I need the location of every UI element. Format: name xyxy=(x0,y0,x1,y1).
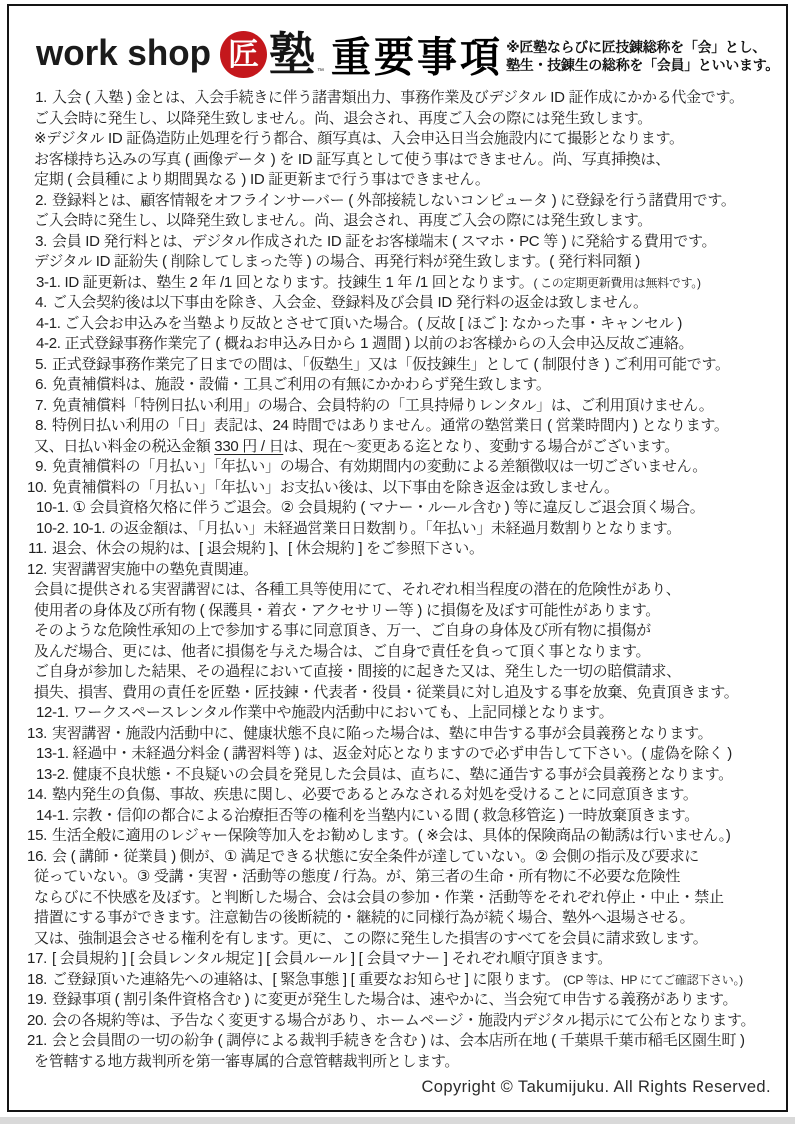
terms-text: 退会、休会の規約は、[ 退会規約 ]、[ 休会規約 ] をご参照下さい。 xyxy=(52,539,484,560)
terms-line: ご自身が参加した結果、その過程において直接・間接的に起きた又は、発生した一切の賠… xyxy=(22,662,787,683)
terms-text: 登録料とは、顧客情報をオフラインサーバー ( 外部接続しないコンピュータ ) に… xyxy=(52,191,736,212)
terms-line: 14.塾内発生の負傷、事故、疾患に関し、必要であるとみなされる対処を受けることに… xyxy=(22,785,787,806)
copyright-text: Copyright © Takumijuku. All Rights Reser… xyxy=(421,1078,771,1096)
terms-text: 又は、強制退会させる権利を有します。更に、この際に発生した損害のすべてを会員に請… xyxy=(34,930,708,947)
terms-line: 12.実習講習実施中の塾免責関連。 xyxy=(22,560,787,581)
terms-text: 免責補償料「特例日払い利用」の場合、会員特約の「工具持帰りレンタル」は、ご利用頂… xyxy=(52,396,713,417)
terms-text: 免責補償料の「月払い」「年払い」お支払い後は、以下事由を除き返金は致しません。 xyxy=(52,478,619,499)
terms-line: 6.免責補償料は、施設・設備・工具ご利用の有無にかかわらず発生致します。 xyxy=(22,375,787,396)
item-number: 19. xyxy=(22,990,47,1011)
terms-line: 又、日払い料金の税込金額 330 円 / 日は、現在～変更ある迄となり、変動する… xyxy=(22,437,787,458)
terms-line: 9.免責補償料の「月払い」「年払い」の場合、有効期間内の変動による差額徴収は一切… xyxy=(22,457,787,478)
terms-text: 14-1. 宗教・信仰の都合による治療拒否等の権利を当塾内にいる間 ( 救急移管… xyxy=(36,807,699,824)
header: work shop 匠 塾™ 重要事項 ※匠塾ならびに匠技錬総称を「会」とし、 … xyxy=(36,26,779,82)
terms-text: ※デジタル ID 証偽造防止処理を行う都合、顔写真は、入会申込日当会施設内にて撮… xyxy=(34,130,684,147)
terms-text: 使用者の身体及び所有物 ( 保護具・着衣・アクセサリー等 ) に損傷を及ぼす可能… xyxy=(34,602,660,619)
item-number: 14. xyxy=(22,785,47,806)
terms-text: 塾内発生の負傷、事故、疾患に関し、必要であるとみなされる対処を受けることに同意頂… xyxy=(52,785,698,806)
terms-line: 3.会員 ID 発行料とは、デジタル作成された ID 証をお客様端末 ( スマホ… xyxy=(22,232,787,253)
terms-line: 19.登録事項 ( 割引条件資格含む ) に変更が発生した場合は、速やかに、当会… xyxy=(22,990,787,1011)
bottom-edge xyxy=(0,1117,795,1124)
terms-text: [ 会員規約 ] [ 会員レンタル規定 ] [ 会員ルール ] [ 会員マナー … xyxy=(52,949,612,970)
terms-line: 4-1. ご入会お申込みを当塾より反故とさせて頂いた場合。( 反故 [ ほご ]… xyxy=(22,314,787,335)
terms-line: 10-1. ① 会員資格欠格に伴うご退会。② 会員規約 ( マナー・ルール含む … xyxy=(22,498,787,519)
logo: work shop 匠 塾™ xyxy=(36,31,315,78)
item-number: 3. xyxy=(22,232,47,253)
terms-line: 14-1. 宗教・信仰の都合による治療拒否等の権利を当塾内にいる間 ( 救急移管… xyxy=(22,806,787,827)
terms-text: 4-1. ご入会お申込みを当塾より反故とさせて頂いた場合。( 反故 [ ほご ]… xyxy=(36,315,682,332)
terms-line: 11.退会、休会の規約は、[ 退会規約 ]、[ 休会規約 ] をご参照下さい。 xyxy=(22,539,787,560)
terms-line: 及んだ場合、更には、他者に損傷を与えた場合は、ご自身で責任を負って頂く事となりま… xyxy=(22,642,787,663)
terms-line: 措置にする事ができます。注意勧告の後断続的・継続的に同様行為が続く場合、塾外へ退… xyxy=(22,908,787,929)
item-number: 4. xyxy=(22,293,47,314)
terms-text: 生活全般に適用のレジャー保険等加入をお勧めします。( ※会は、具体的保険商品の勧… xyxy=(52,826,731,847)
terms-line: 15.生活全般に適用のレジャー保険等加入をお勧めします。( ※会は、具体的保険商… xyxy=(22,826,787,847)
terms-text: 10-1. ① 会員資格欠格に伴うご退会。② 会員規約 ( マナー・ルール含む … xyxy=(36,499,704,516)
item-number: 6. xyxy=(22,375,47,396)
terms-text: 会員に提供される実習講習には、各種工具等使用にて、それぞれ相当程度の潜在的危険性… xyxy=(34,581,681,598)
terms-text: 会員 ID 発行料とは、デジタル作成された ID 証をお客様端末 ( スマホ・P… xyxy=(52,232,716,253)
item-number: 10. xyxy=(22,478,47,499)
note-line-2: 塾生・技錬生の総称を「会員」といいます。 xyxy=(506,56,779,74)
terms-text: 10-2. 10-1. の返金額は、「月払い」未経過営業日日数割り。「年払い」未… xyxy=(36,520,681,537)
terms-line: ご入会時に発生し、以降発生致しません。尚、退会され、再度ご入会の際には発生致しま… xyxy=(22,109,787,130)
footer: Copyright © Takumijuku. All Rights Reser… xyxy=(421,1078,771,1097)
terms-text: 会の各規約等は、予告なく変更する場合があり、ホームページ・施設内デジタル掲示にて… xyxy=(52,1011,755,1032)
terms-text: 免責補償料の「月払い」「年払い」の場合、有効期間内の変動による差額徴収は一切ござ… xyxy=(52,457,707,478)
terms-text: お客様持ち込みの写真 ( 画像データ ) を ID 証写真として使う事はできませ… xyxy=(34,151,670,168)
terms-text: 正式登録事務作業完了日までの間は、「仮塾生」又は「仮技錬生」として ( 制限付き… xyxy=(52,355,730,376)
terms-text: 登録事項 ( 割引条件資格含む ) に変更が発生した場合は、速やかに、当会宛て申… xyxy=(52,990,737,1011)
terms-text: 13-1. 経過中・未経過分料金 ( 講習料等 ) は、返金対応となりますので必… xyxy=(36,745,732,762)
terms-line: 17.[ 会員規約 ] [ 会員レンタル規定 ] [ 会員ルール ] [ 会員マ… xyxy=(22,949,787,970)
page-title: 重要事項 xyxy=(331,24,503,83)
terms-text: 3-1. ID 証更新は、塾生 2 年 /1 回となります。技錬生 1 年 /1… xyxy=(36,274,701,291)
terms-text: 実習講習実施中の塾免責関連。 xyxy=(52,560,258,581)
takumi-seal-icon: 匠 xyxy=(220,31,267,78)
header-note: ※匠塾ならびに匠技錬総称を「会」とし、 塾生・技錬生の総称を「会員」といいます。 xyxy=(506,34,779,74)
item-number: 9. xyxy=(22,457,47,478)
item-number: 1. xyxy=(22,88,47,109)
terms-line: 1.入会 ( 入塾 ) 金とは、入会手続きに伴う諸書類出力、事務作業及びデジタル… xyxy=(22,88,787,109)
item-number: 17. xyxy=(22,949,47,970)
terms-text: ご自身が参加した結果、その過程において直接・間接的に起きた又は、発生した一切の賠… xyxy=(34,663,681,680)
terms-text: ならびに不快感を及ぼす。と判断した場合、会は会員の参加・作業・活動等をそれぞれ停… xyxy=(34,889,724,906)
item-number: 16. xyxy=(22,847,47,868)
logo-workshop-text: work shop xyxy=(36,34,211,75)
terms-line: 13.実習講習・施設内活動中に、健康状態不良に陥った場合は、塾に申告する事が会員… xyxy=(22,724,787,745)
terms-line: 5.正式登録事務作業完了日までの間は、「仮塾生」又は「仮技錬生」として ( 制限… xyxy=(22,355,787,376)
item-number: 21. xyxy=(22,1031,47,1052)
terms-text: 13-2. 健康不良状態・不良疑いの会員を発見した会員は、直ちに、塾に通告する事… xyxy=(36,766,733,783)
terms-line: 3-1. ID 証更新は、塾生 2 年 /1 回となります。技錬生 1 年 /1… xyxy=(22,273,787,294)
item-number: 20. xyxy=(22,1011,47,1032)
terms-line: 損失、損害、費用の責任を匠塾・匠技錬・代表者・役員・従業員に対し追及する事を放棄… xyxy=(22,683,787,704)
item-number: 7. xyxy=(22,396,47,417)
terms-line: 10-2. 10-1. の返金額は、「月払い」未経過営業日日数割り。「年払い」未… xyxy=(22,519,787,540)
trademark-symbol: ™ xyxy=(317,68,324,75)
terms-line: 会員に提供される実習講習には、各種工具等使用にて、それぞれ相当程度の潜在的危険性… xyxy=(22,580,787,601)
item-number: 15. xyxy=(22,826,47,847)
terms-line: ならびに不快感を及ぼす。と判断した場合、会は会員の参加・作業・活動等をそれぞれ停… xyxy=(22,888,787,909)
terms-text: 特例日払い利用の「日」表記は、24 時間ではありません。通常の塾営業日 ( 営業… xyxy=(52,416,729,437)
terms-line: 2.登録料とは、顧客情報をオフラインサーバー ( 外部接続しないコンピュータ )… xyxy=(22,191,787,212)
terms-text: 会と会員間の一切の紛争 ( 調停による裁判手続きを含む ) は、会本店所在地 (… xyxy=(52,1031,745,1052)
item-number: 2. xyxy=(22,191,47,212)
terms-text: 従っていない。③ 受講・実習・活動等の態度 / 行為。が、第三者の生命・所有物に… xyxy=(34,868,680,885)
terms-line: 又は、強制退会させる権利を有します。更に、この際に発生した損害のすべてを会員に請… xyxy=(22,929,787,950)
terms-text: ご登録頂いた連絡先への連絡は、[ 緊急事態 ] [ 重要なお知らせ ] に限りま… xyxy=(52,970,743,991)
terms-line: 従っていない。③ 受講・実習・活動等の態度 / 行為。が、第三者の生命・所有物に… xyxy=(22,867,787,888)
terms-text: 又、日払い料金の税込金額 330 円 / 日は、現在～変更ある迄となり、変動する… xyxy=(34,438,679,455)
item-number: 12. xyxy=(22,560,47,581)
item-number: 18. xyxy=(22,970,47,991)
terms-line: 13-1. 経過中・未経過分料金 ( 講習料等 ) は、返金対応となりますので必… xyxy=(22,744,787,765)
terms-text: ご入会時に発生し、以降発生致しません。尚、退会され、再度ご入会の際には発生致しま… xyxy=(34,212,652,229)
terms-text: ご入会契約後は以下事由を除き、入会金、登録料及び会員 ID 発行料の返金は致しま… xyxy=(52,293,648,314)
terms-line: 20.会の各規約等は、予告なく変更する場合があり、ホームページ・施設内デジタル掲… xyxy=(22,1011,787,1032)
terms-text: 入会 ( 入塾 ) 金とは、入会手続きに伴う諸書類出力、事務作業及びデジタル I… xyxy=(52,88,744,109)
terms-line: お客様持ち込みの写真 ( 画像データ ) を ID 証写真として使う事はできませ… xyxy=(22,150,787,171)
terms-line: 18.ご登録頂いた連絡先への連絡は、[ 緊急事態 ] [ 重要なお知らせ ] に… xyxy=(22,970,787,991)
terms-text: 会 ( 講師・従業員 ) 側が、① 満足できる状態に安全条件が達していない。② … xyxy=(52,847,699,868)
terms-line: 16.会 ( 講師・従業員 ) 側が、① 満足できる状態に安全条件が達していない… xyxy=(22,847,787,868)
terms-text: デジタル ID 証紛失 ( 削除してしまった等 ) の場合、再発行料が発生致しま… xyxy=(34,253,640,270)
note-line-1: ※匠塾ならびに匠技錬総称を「会」とし、 xyxy=(506,38,779,56)
item-number: 8. xyxy=(22,416,47,437)
terms-text: 定期 ( 会員種により期間異なる ) ID 証更新まで行う事はできません。 xyxy=(34,171,490,188)
terms-list: 1.入会 ( 入塾 ) 金とは、入会手続きに伴う諸書類出力、事務作業及びデジタル… xyxy=(22,88,787,1072)
terms-text: そのような危険性承知の上で参加する事に同意頂き、万一、ご自身の身体及び所有物に損… xyxy=(34,622,651,639)
terms-line: 4-2. 正式登録事務作業完了 ( 概ねお申込み日から 1 週間 ) 以前のお客… xyxy=(22,334,787,355)
terms-text: 免責補償料は、施設・設備・工具ご利用の有無にかかわらず発生致します。 xyxy=(52,375,551,396)
item-number: 11. xyxy=(22,539,47,560)
terms-line: ご入会時に発生し、以降発生致しません。尚、退会され、再度ご入会の際には発生致しま… xyxy=(22,211,787,232)
terms-text: 実習講習・施設内活動中に、健康状態不良に陥った場合は、塾に申告する事が会員義務と… xyxy=(52,724,712,745)
terms-text: を管轄する地方裁判所を第一審専属的合意管轄裁判所とします。 xyxy=(34,1053,459,1070)
item-number: 5. xyxy=(22,355,47,376)
terms-line: 4.ご入会契約後は以下事由を除き、入会金、登録料及び会員 ID 発行料の返金は致… xyxy=(22,293,787,314)
terms-text: 損失、損害、費用の責任を匠塾・匠技錬・代表者・役員・従業員に対し追及する事を放棄… xyxy=(34,684,738,701)
item-number: 13. xyxy=(22,724,47,745)
terms-line: 10.免責補償料の「月払い」「年払い」お支払い後は、以下事由を除き返金は致しませ… xyxy=(22,478,787,499)
terms-line: 使用者の身体及び所有物 ( 保護具・着衣・アクセサリー等 ) に損傷を及ぼす可能… xyxy=(22,601,787,622)
page: { "colors": { "accent_red": "#c4171c", "… xyxy=(0,0,795,1124)
terms-line: 8.特例日払い利用の「日」表記は、24 時間ではありません。通常の塾営業日 ( … xyxy=(22,416,787,437)
terms-line: を管轄する地方裁判所を第一審専属的合意管轄裁判所とします。 xyxy=(22,1052,787,1073)
terms-line: 定期 ( 会員種により期間異なる ) ID 証更新まで行う事はできません。 xyxy=(22,170,787,191)
logo-juku-text: 塾™ xyxy=(269,31,315,77)
terms-line: デジタル ID 証紛失 ( 削除してしまった等 ) の場合、再発行料が発生致しま… xyxy=(22,252,787,273)
terms-text: 措置にする事ができます。注意勧告の後断続的・継続的に同様行為が続く場合、塾外へ退… xyxy=(34,909,694,926)
terms-text: 4-2. 正式登録事務作業完了 ( 概ねお申込み日から 1 週間 ) 以前のお客… xyxy=(36,335,693,352)
terms-text: 及んだ場合、更には、他者に損傷を与えた場合は、ご自身で責任を負って頂く事となりま… xyxy=(34,643,650,660)
terms-text: ご入会時に発生し、以降発生致しません。尚、退会され、再度ご入会の際には発生致しま… xyxy=(34,110,652,127)
terms-line: 7.免責補償料「特例日払い利用」の場合、会員特約の「工具持帰りレンタル」は、ご利… xyxy=(22,396,787,417)
terms-text: 12-1. ワークスペースレンタル作業中や施設内活動中においても、上記同様となり… xyxy=(36,704,613,721)
terms-line: ※デジタル ID 証偽造防止処理を行う都合、顔写真は、入会申込日当会施設内にて撮… xyxy=(22,129,787,150)
terms-line: そのような危険性承知の上で参加する事に同意頂き、万一、ご自身の身体及び所有物に損… xyxy=(22,621,787,642)
terms-line: 13-2. 健康不良状態・不良疑いの会員を発見した会員は、直ちに、塾に通告する事… xyxy=(22,765,787,786)
terms-line: 21.会と会員間の一切の紛争 ( 調停による裁判手続きを含む ) は、会本店所在… xyxy=(22,1031,787,1052)
terms-line: 12-1. ワークスペースレンタル作業中や施設内活動中においても、上記同様となり… xyxy=(22,703,787,724)
